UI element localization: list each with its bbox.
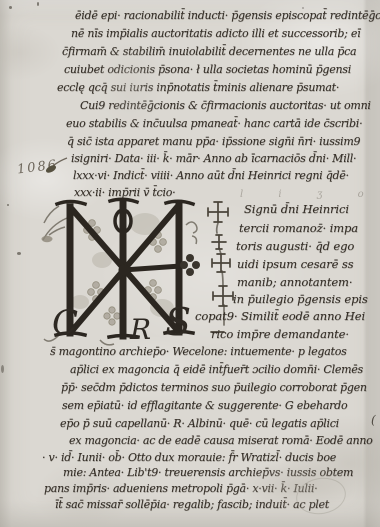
- manuscript-line: Cui9 redintēḡcionis & c̄firmacionis auct…: [80, 99, 371, 112]
- monogram-letter-c: C: [52, 303, 78, 343]
- parchment-stain-ring: [293, 474, 348, 518]
- manuscript-line: c̄firmam̄ & stabilim̄ inuiolabilit̄ dece…: [62, 45, 356, 58]
- ink-speck: [302, 7, 304, 9]
- manuscript-line: sem ep̄iatū· id efflagitante & suggerent…: [62, 399, 347, 412]
- manuscript-line: mie: Antea· Lib't9· treuerensis archiep̄…: [63, 466, 353, 479]
- manuscript-line: cuiubet odicionis p̄sona· ł ulla societa…: [64, 63, 351, 76]
- ink-speck: [9, 6, 12, 9]
- manuscript-line: pans imp̄ris· adueniens metropoli p̄gā· …: [44, 482, 317, 495]
- manuscript-line: nē nīs imp̄ialis auctoritatis adicto ill…: [71, 27, 360, 40]
- manuscript-line: euo stabilis & inc̄uulsa pmaneat̄· hanc …: [66, 117, 362, 130]
- ink-speck: [37, 2, 39, 6]
- monogram-center-boss: [119, 265, 130, 276]
- manuscript-line: ēidē epi· racionabilit̄ inducti· p̄gensi…: [75, 9, 380, 22]
- monogram-letter-r: R: [129, 313, 151, 346]
- ink-speck: [17, 252, 21, 255]
- manuscript-line: īt̄ sac̄ missar̄ sollēp̄ia· regalib; fas…: [55, 498, 329, 511]
- manuscript-line: tercii romanoz̄· impa: [239, 222, 358, 235]
- faint-annotation-marks: l i ʒ o: [240, 188, 380, 201]
- manuscript-line: q̄ sic̄ ista apparet manu pp̄a· ip̄ssion…: [67, 135, 360, 148]
- manuscript-line: ap̄lici ex magoncia q̄ eidē int̄fuer̄t ɔ…: [70, 363, 363, 376]
- manuscript-line: · v· id̄· Iunii· ob̄· Otto dux morauie: …: [42, 451, 336, 464]
- manuscript-line: ep̄o p̄ suū capellanū· R· Albinū· quē· c…: [60, 417, 339, 430]
- monogram-letter-s: S: [165, 300, 191, 344]
- manuscript-line: ecclę qcq̄ sui iuris inp̄notatis t̄minis…: [57, 81, 339, 94]
- manuscript-line: in p̄uilegio p̄gensis epis: [233, 293, 368, 306]
- manuscript-line: toris augusti· q̄d ego: [236, 240, 354, 253]
- manuscript-line: isigniri· Data· iii· k̄· mār· Anno ab īc…: [71, 152, 356, 165]
- manuscript-line: manib; annotantem·: [237, 276, 352, 289]
- manuscript-line: copat9· Similit̄ eodē anno Hei: [195, 310, 365, 323]
- manuscript-page-photo: ēidē epi· racionabilit̄ inducti· p̄gensi…: [0, 0, 380, 527]
- ink-speck: [1, 365, 4, 373]
- manuscript-line: Signū d̄ni Heinrici: [244, 203, 349, 216]
- manuscript-line: p̄p̄· sec̄dm p̄dictos terminos suo p̄uil…: [61, 381, 367, 394]
- royal-monogram-initial: C R S: [40, 194, 202, 348]
- manuscript-line: uidi ipsum cesarē ss: [237, 258, 353, 271]
- manuscript-line: lxxx·vi· Indict̄· viiii· Anno aūt d̄ni H…: [73, 169, 349, 182]
- margin-pen-mark: (: [371, 414, 375, 427]
- manuscript-line: rico imp̄re demandante·: [211, 328, 349, 341]
- ink-speck: [7, 204, 9, 206]
- marginal-note-flourish: [44, 155, 70, 177]
- monogram-crossbar-quatrefoil: [180, 254, 200, 276]
- manuscript-line: ex magoncia· ac de eadē causa miserat ro…: [69, 434, 373, 447]
- manuscript-line: s̄ magontino archiep̄o· Wecelone: intuem…: [50, 345, 346, 358]
- monogram-leaf: [42, 236, 53, 242]
